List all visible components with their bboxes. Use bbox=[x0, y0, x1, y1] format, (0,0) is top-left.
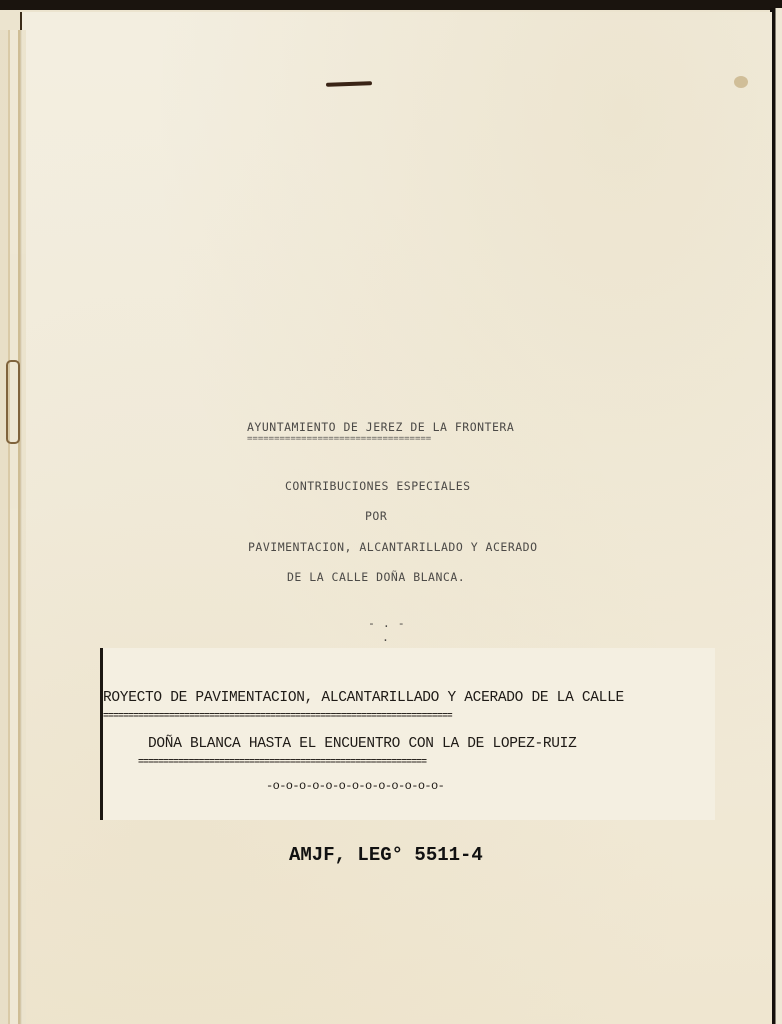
project-title-rule-2: ========================================… bbox=[138, 756, 618, 767]
archive-reference: AMJF, LEG° 5511-4 bbox=[289, 844, 483, 866]
paper-stain bbox=[734, 76, 748, 88]
subject-line-3: PAVIMENTACION, ALCANTARILLADO Y ACERADO bbox=[248, 540, 538, 554]
document-cover-sheet: AYUNTAMIENTO DE JEREZ DE LA FRONTERA ===… bbox=[20, 12, 772, 1024]
binding-cord bbox=[6, 360, 20, 444]
project-title-rule-1: ========================================… bbox=[103, 710, 673, 721]
staple-mark bbox=[326, 81, 372, 87]
left-binding-edge bbox=[0, 30, 26, 1024]
subject-line-1: CONTRIBUCIONES ESPECIALES bbox=[285, 479, 471, 493]
project-title-line-1: ROYECTO DE PAVIMENTACION, ALCANTARILLADO… bbox=[103, 690, 624, 706]
separator-dot: . bbox=[382, 630, 389, 644]
subject-line-4: DE LA CALLE DOÑA BLANCA. bbox=[287, 570, 465, 584]
subject-line-2: POR bbox=[365, 509, 387, 523]
ornament-line: -o-o-o-o-o-o-o-o-o-o-o-o-o- bbox=[266, 779, 444, 793]
institution-heading: AYUNTAMIENTO DE JEREZ DE LA FRONTERA bbox=[247, 420, 514, 434]
separator-mark: - . - bbox=[368, 616, 405, 630]
institution-underline: ================================== bbox=[247, 434, 431, 444]
pasted-title-strip: ROYECTO DE PAVIMENTACION, ALCANTARILLADO… bbox=[100, 648, 715, 820]
project-title-line-2: DOÑA BLANCA HASTA EL ENCUENTRO CON LA DE… bbox=[148, 736, 576, 752]
